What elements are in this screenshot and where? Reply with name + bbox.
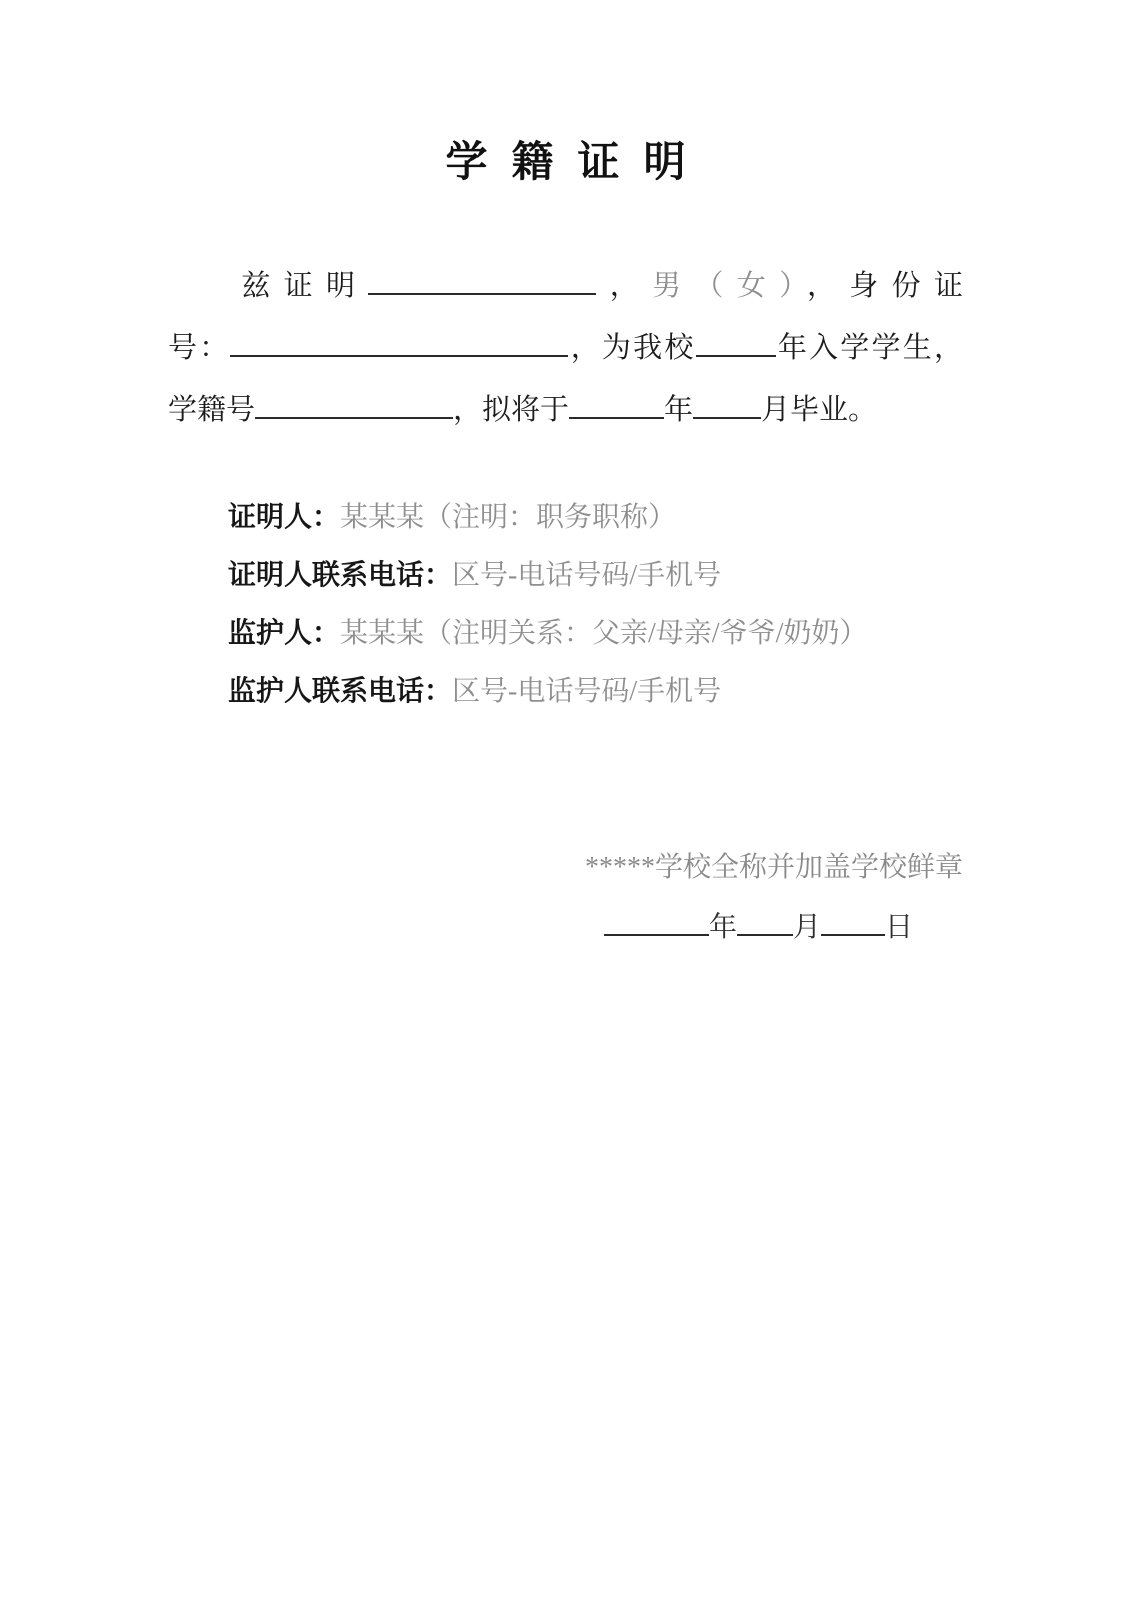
- enrollment-year-blank: [696, 328, 776, 357]
- guardian-line-label: 监护人：: [228, 618, 340, 649]
- certifier-phone-line: 证明人联系电话：区号-电话号码/手机号: [228, 547, 963, 605]
- date-line: 年月日: [168, 899, 963, 957]
- document-title: 学籍证明: [168, 138, 963, 185]
- gender-options-placeholder: 男（女）: [652, 270, 807, 302]
- signature-block: *****学校全称并加盖学校鲜章 年月日: [168, 839, 963, 957]
- student-register-number-blank: [255, 390, 453, 419]
- guardian-phone-line-value: 区号-电话号码/手机号: [452, 676, 721, 707]
- guardian-phone-line-label: 监护人联系电话：: [228, 676, 452, 707]
- statement-line2-mid: ，为我校: [568, 332, 695, 364]
- graduation-year-blank: [569, 390, 664, 419]
- guardian-line: 监护人：某某某（注明关系：父亲/母亲/爷爷/奶奶）: [228, 605, 963, 663]
- statement-line-3: 学籍号，拟将于年月毕业。: [168, 379, 963, 441]
- certifier-line: 证明人：某某某（注明：职务职称）: [228, 489, 963, 547]
- statement-line1-comma2: ，: [807, 270, 849, 302]
- date-day-label: 日: [885, 912, 913, 943]
- certifier-line-label: 证明人：: [228, 502, 340, 533]
- date-day-blank: [821, 908, 885, 936]
- date-year-label: 年: [709, 912, 737, 943]
- guardian-line-value: 某某某（注明关系：父亲/母亲/爷爷/奶奶）: [340, 618, 867, 649]
- certifier-phone-line-value: 区号-电话号码/手机号: [452, 560, 721, 591]
- statement-line3-year-label: 年: [664, 394, 693, 426]
- certificate-page: 学籍证明 兹证明，男（女），身份证 号：，为我校年入学学生， 学籍号，拟将于年月…: [0, 0, 1131, 1600]
- statement-paragraph: 兹证明，男（女），身份证 号：，为我校年入学学生， 学籍号，拟将于年月毕业。: [168, 255, 963, 441]
- statement-line-2: 号：，为我校年入学学生，: [168, 317, 963, 379]
- name-blank: [368, 266, 596, 295]
- guardian-phone-line: 监护人联系电话：区号-电话号码/手机号: [228, 663, 963, 721]
- statement-line2-lead: 号：: [168, 332, 230, 364]
- graduation-month-blank: [693, 390, 761, 419]
- statement-line1-lead: 兹证明: [228, 270, 368, 302]
- school-name-placeholder: *****学校全称并加盖学校鲜章: [168, 839, 963, 897]
- certifier-phone-line-label: 证明人联系电话：: [228, 560, 452, 591]
- statement-line-1: 兹证明，男（女），身份证: [168, 255, 963, 317]
- contact-info-block: 证明人：某某某（注明：职务职称） 证明人联系电话：区号-电话号码/手机号 监护人…: [168, 489, 963, 721]
- statement-line2-tail: 年入学学生，: [776, 332, 963, 364]
- date-year-blank: [604, 908, 709, 936]
- statement-line3-lead: 学籍号: [168, 394, 255, 426]
- page-content: 学籍证明 兹证明，男（女），身份证 号：，为我校年入学学生， 学籍号，拟将于年月…: [0, 138, 1131, 957]
- statement-line3-mid: ，拟将于: [453, 394, 569, 426]
- date-month-blank: [737, 908, 793, 936]
- id-number-blank: [230, 328, 568, 357]
- date-month-label: 月: [793, 912, 821, 943]
- statement-line1-tail: 身份证: [849, 270, 963, 302]
- statement-line1-comma: ，: [596, 270, 652, 302]
- statement-line3-tail: 月毕业。: [761, 394, 877, 426]
- certifier-line-value: 某某某（注明：职务职称）: [340, 502, 676, 533]
